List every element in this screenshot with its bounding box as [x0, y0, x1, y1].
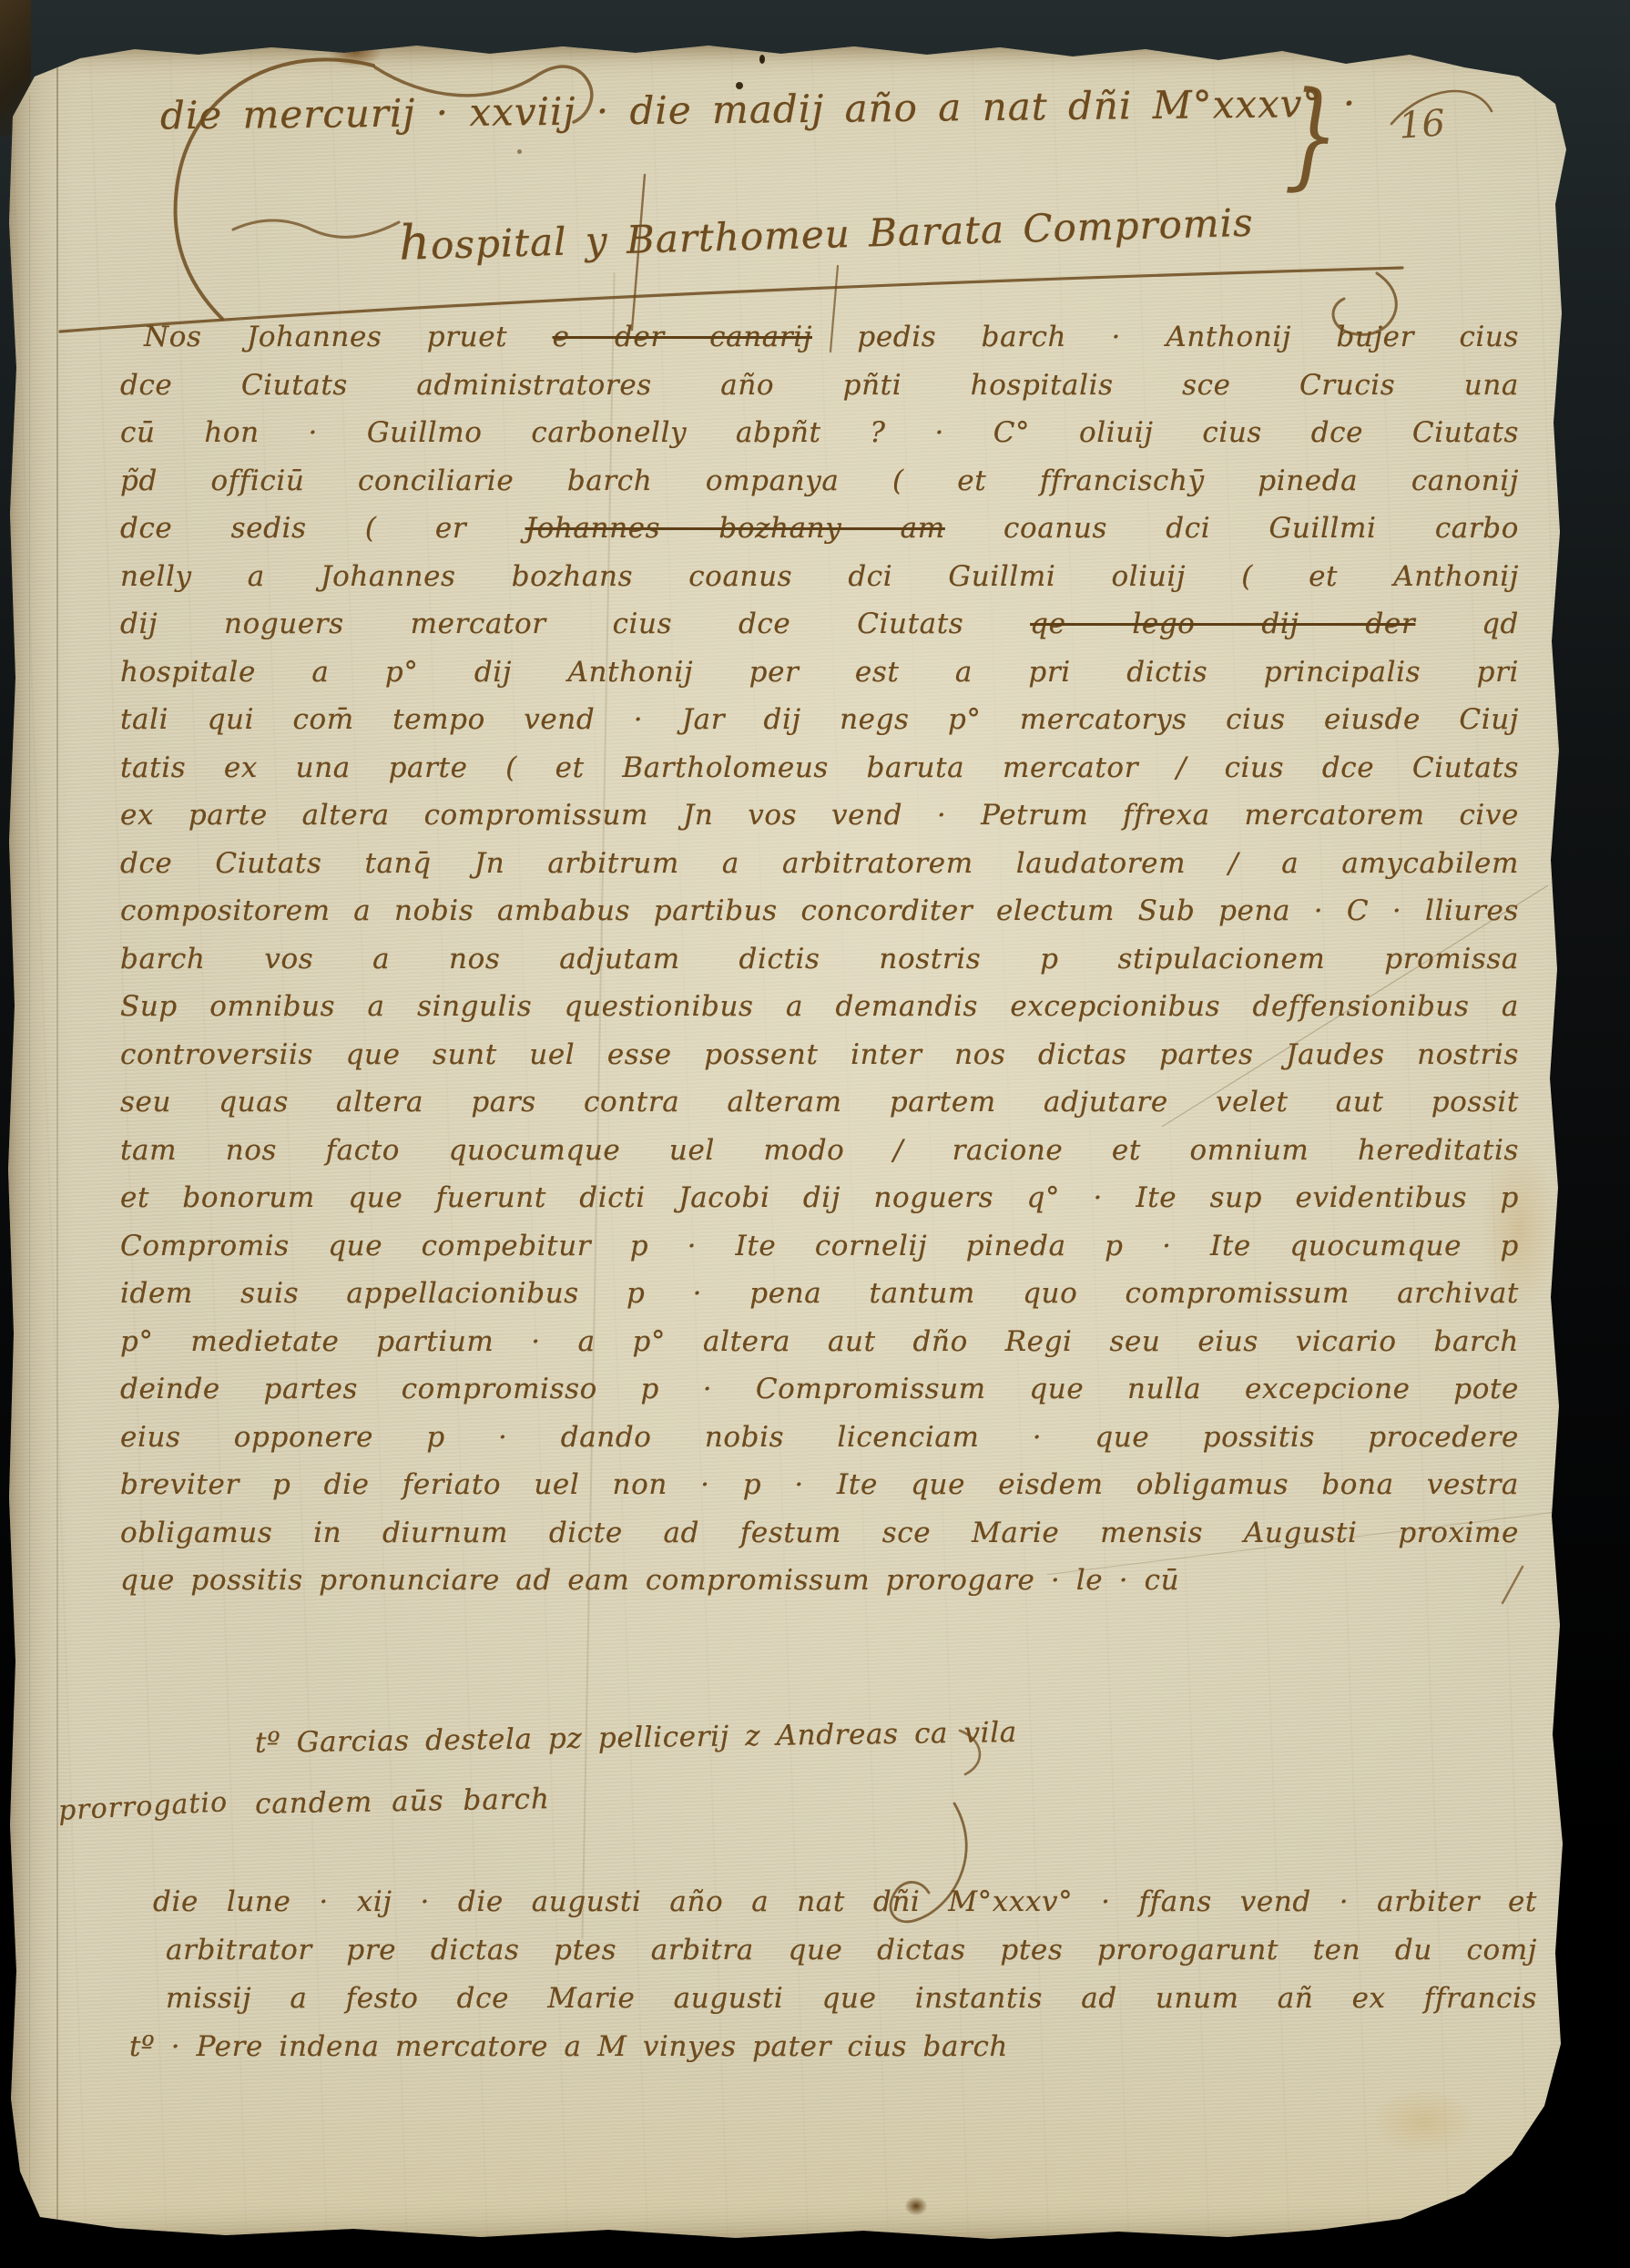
manuscript-line: dce sedis ( er Johannes bozhany am coanu… [120, 505, 1519, 553]
manuscript-line: dce Ciutats administratores año pñti hos… [120, 362, 1519, 410]
foxing-stain [1373, 2089, 1473, 2153]
manuscript-line: deinde partes compromisso p · Compromiss… [120, 1365, 1519, 1414]
postscript-block: die lune · xij · die augusti año a nat d… [129, 1878, 1537, 2071]
margin-note-continuation: candem aūs barch [255, 1783, 551, 1821]
manuscript-page: die mercurij · xxviij · die madij año a … [7, 40, 1595, 2248]
manuscript-line: tam nos facto quocumque uel modo / racio… [120, 1127, 1519, 1175]
manuscript-line: Nos Johannes pruet e der canarij pedis b… [120, 313, 1519, 362]
header-date-line: die mercurij · xxviij · die madij año a … [160, 82, 1286, 138]
body-text-block: Nos Johannes pruet e der canarij pedis b… [120, 313, 1519, 1605]
manuscript-line: Compromis que compebitur p · Ite corneli… [120, 1222, 1519, 1271]
manuscript-line: tali qui com̄ tempo vend · Jar dij negs … [120, 696, 1519, 744]
manuscript-line: obligamus in diurnum dicte ad festum sce… [120, 1509, 1519, 1558]
manuscript-line: cū hon · Guillmo carbonelly abpñt ? · C°… [120, 409, 1519, 457]
postscript-line: tº · Pere indena mercatore a M vinyes pa… [129, 2023, 976, 2071]
struck-text: e der canarij [553, 321, 812, 353]
ink-stain [328, 36, 382, 67]
manuscript-line: dce Ciutats tanq̄ Jn arbitrum a arbitrat… [120, 840, 1519, 888]
manuscript-line: que possitis pronunciare ad eam compromi… [120, 1557, 1149, 1605]
section-heading: hospital y Barthomeu Barata Compromis [398, 189, 1364, 271]
folio-number: 16 [1397, 102, 1446, 147]
manuscript-line: breviter p die feriato uel non · p · Ite… [120, 1461, 1519, 1509]
ink-speck [517, 149, 522, 154]
postscript-line: missij a festo dce Marie augusti que ins… [129, 1975, 1537, 2023]
ink-speck [759, 55, 765, 64]
manuscript-line: p̃d officiū conciliarie barch ompanya ( … [120, 457, 1519, 506]
manuscript-line: p° medietate partium · a p° altera aut d… [120, 1318, 1519, 1366]
manuscript-line: controversiis que sunt uel esse possent … [120, 1031, 1519, 1079]
witness-line: tº Garcias destela pz pellicerij z Andre… [255, 1716, 1002, 1759]
manuscript-line: dij noguers mercator cius dce Ciutats qe… [120, 600, 1519, 649]
manuscript-line: eius opponere p · dando nobis licenciam … [120, 1414, 1519, 1462]
gutter-crease-2 [29, 95, 30, 2192]
margin-note-prorrogatio: prorrogatio [57, 1786, 229, 1827]
closing-bracket-paraph: } [1284, 66, 1340, 205]
manuscript-line: Sup omnibus a singulis questionibus a de… [120, 983, 1519, 1031]
manuscript-line: ex parte altera compromissum Jn vos vend… [120, 792, 1519, 840]
photo-backdrop: { "document": { "folio_number": "16", "h… [0, 0, 1630, 2268]
struck-text: qe lego dij der [1030, 608, 1415, 640]
manuscript-line: nelly a Johannes bozhans coanus dci Guil… [120, 553, 1519, 601]
manuscript-line: tatis ex una parte ( et Bartholomeus bar… [120, 744, 1519, 792]
manuscript-line: compositorem a nobis ambabus partibus co… [120, 887, 1519, 935]
ink-spot [905, 2197, 927, 2215]
manuscript-line: idem suis appellacionibus p · pena tantu… [120, 1270, 1519, 1318]
postscript-line: arbitrator pre dictas ptes arbitra que d… [129, 1926, 1537, 1975]
gutter-crease [56, 40, 58, 2248]
manuscript-line: seu quas altera pars contra alteram part… [120, 1078, 1519, 1127]
manuscript-line: barch vos a nos adjutam dictis nostris p… [120, 935, 1519, 984]
postscript-line: die lune · xij · die augusti año a nat d… [129, 1878, 1537, 1926]
manuscript-line: et bonorum que fuerunt dicti Jacobi dij … [120, 1174, 1519, 1222]
manuscript-line: hospitale a p° dij Anthonij per est a pr… [120, 649, 1519, 697]
struck-text: Johannes bozhany am [525, 512, 945, 545]
